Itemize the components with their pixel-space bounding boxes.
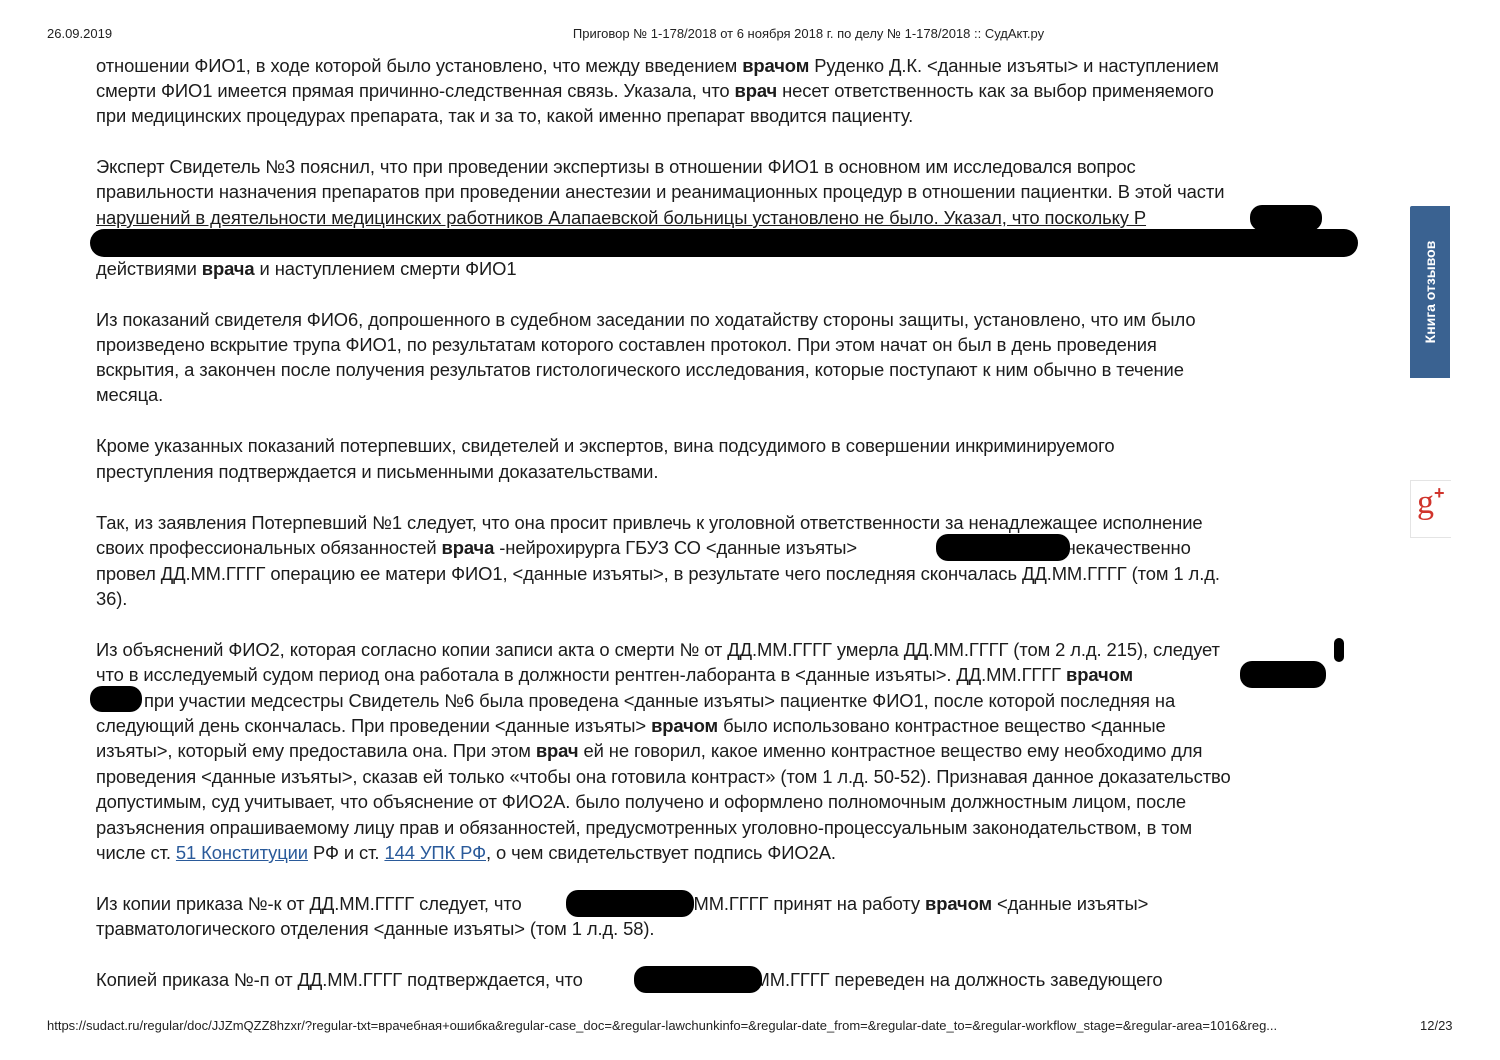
redaction bbox=[90, 686, 142, 712]
google-plus-icon: g bbox=[1417, 483, 1434, 523]
text-line: правильности назначения препаратов при п… bbox=[96, 180, 1224, 204]
redaction bbox=[1250, 205, 1322, 231]
redaction bbox=[566, 890, 694, 917]
google-plus-button[interactable]: g + bbox=[1410, 480, 1451, 538]
text-line: смерти ФИО1 имеется прямая причинно-след… bbox=[96, 79, 1214, 103]
text-line: произведено вскрытие трупа ФИО1, по резу… bbox=[96, 333, 1157, 357]
redaction bbox=[634, 966, 762, 993]
link-upk-144[interactable]: 144 УПК РФ bbox=[384, 842, 486, 863]
text-line: при участии медсестры Свидетель №6 была … bbox=[144, 689, 1175, 713]
text-line: действиями врача и наступлением смерти Ф… bbox=[96, 257, 516, 281]
text-line: Копией приказа №-п от ДД.ММ.ГГГГ подтвер… bbox=[96, 968, 1163, 992]
text-line: Так, из заявления Потерпевший №1 следует… bbox=[96, 511, 1203, 535]
text-line: Кроме указанных показаний потерпевших, с… bbox=[96, 434, 1114, 458]
text-line: Из показаний свидетеля ФИО6, допрошенног… bbox=[96, 308, 1196, 332]
text-line: разъяснения опрашиваемому лицу прав и об… bbox=[96, 816, 1192, 840]
link-constitution-51[interactable]: 51 Конституции bbox=[176, 842, 308, 863]
page-number: 12/23 bbox=[1420, 1018, 1453, 1033]
text-line: допустимым, суд учитывает, что объяснени… bbox=[96, 790, 1186, 814]
redaction bbox=[1240, 661, 1326, 688]
text-line: следующий день скончалась. При проведени… bbox=[96, 714, 1166, 738]
page-url: https://sudact.ru/regular/doc/JJZmQZZ8hz… bbox=[47, 1018, 1277, 1033]
redaction bbox=[1334, 638, 1344, 662]
feedback-book-label: Книга отзывов bbox=[1422, 241, 1438, 344]
text-line: Из объяснений ФИО2, которая согласно коп… bbox=[96, 638, 1220, 662]
text-line: проведения <данные изъяты>, сказав ей то… bbox=[96, 765, 1231, 789]
text-line: травматологического отделения <данные из… bbox=[96, 917, 654, 941]
text-line: 36). bbox=[96, 587, 127, 611]
page-title: Приговор № 1-178/2018 от 6 ноября 2018 г… bbox=[0, 26, 1500, 41]
text-line: отношении ФИО1, в ходе которой было уста… bbox=[96, 54, 1219, 78]
text-line: Эксперт Свидетель №3 пояснил, что при пр… bbox=[96, 155, 1136, 179]
redaction bbox=[90, 229, 1358, 257]
text-line: при медицинских процедурах препарата, та… bbox=[96, 104, 913, 128]
plus-icon: + bbox=[1434, 483, 1445, 504]
text-line: провел ДД.ММ.ГГГГ операцию ее матери ФИО… bbox=[96, 562, 1220, 586]
text-line: преступления подтверждается и письменным… bbox=[96, 460, 658, 484]
text-line: изъяты>, который ему предоставила она. П… bbox=[96, 739, 1202, 763]
text-line: месяца. bbox=[96, 383, 163, 407]
feedback-book-tab[interactable]: Книга отзывов bbox=[1410, 206, 1450, 378]
text-line: вскрытия, а закончен после получения рез… bbox=[96, 358, 1184, 382]
redaction bbox=[936, 534, 1070, 561]
text-line: нарушений в деятельности медицинских раб… bbox=[96, 206, 1146, 230]
text-line: что в исследуемый судом период она работ… bbox=[96, 663, 1133, 687]
text-line: числе ст. 51 Конституции РФ и ст. 144 УП… bbox=[96, 841, 836, 865]
